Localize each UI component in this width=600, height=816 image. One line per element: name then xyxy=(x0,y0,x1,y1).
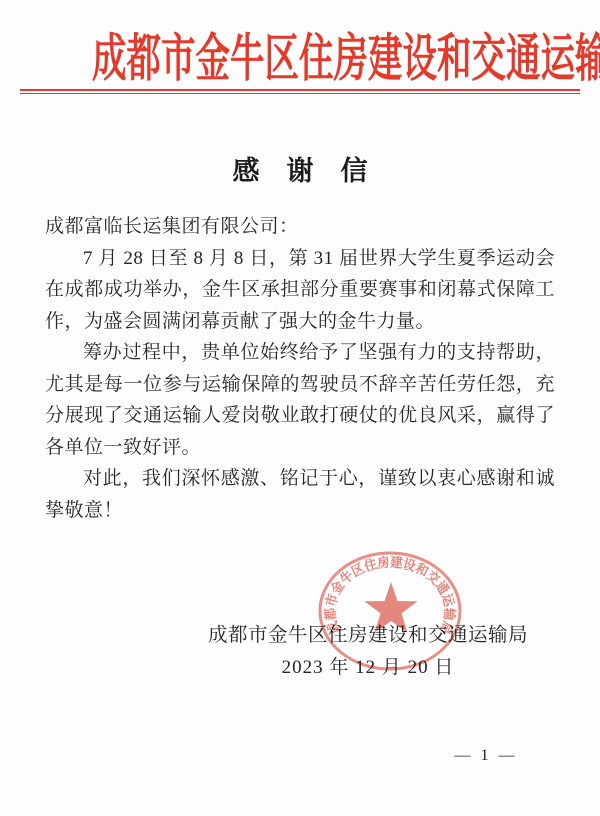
agency-masthead: 成都市金牛区住房建设和交通运输局 xyxy=(0,18,600,84)
masthead-divider xyxy=(20,89,580,94)
agency-masthead-text: 成都市金牛区住房建设和交通运输局 xyxy=(92,18,600,92)
paragraph-1: 7 月 28 日至 8 月 8 日，第 31 届世界大学生夏季运动会在成都成功举… xyxy=(45,243,555,338)
page-number: — 1 — xyxy=(426,747,546,765)
letter-body: 成都富临长运集团有限公司： 7 月 28 日至 8 月 8 日，第 31 届世界… xyxy=(45,211,555,526)
letter-page: 成都市金牛区住房建设和交通运输局 感 谢 信 成都富临长运集团有限公司： 7 月… xyxy=(0,0,600,816)
letter-title: 感 谢 信 xyxy=(0,149,600,188)
paragraph-2: 筹办过程中，贵单位始终给予了坚强有力的支持帮助，尤其是每一位参与运输保障的驾驶员… xyxy=(45,337,555,463)
paragraph-3: 对此，我们深怀感激、铭记于心，谨致以衷心感谢和诚挚敬意！ xyxy=(45,463,555,526)
signature-date: 2023 年 12 月 20 日 xyxy=(208,652,528,679)
signature-block: 成都市金牛区住房建设和交通运输局 2023 年 12 月 20 日 xyxy=(208,619,528,679)
salutation: 成都富临长运集团有限公司： xyxy=(45,211,555,243)
signature-org: 成都市金牛区住房建设和交通运输局 xyxy=(208,619,528,647)
